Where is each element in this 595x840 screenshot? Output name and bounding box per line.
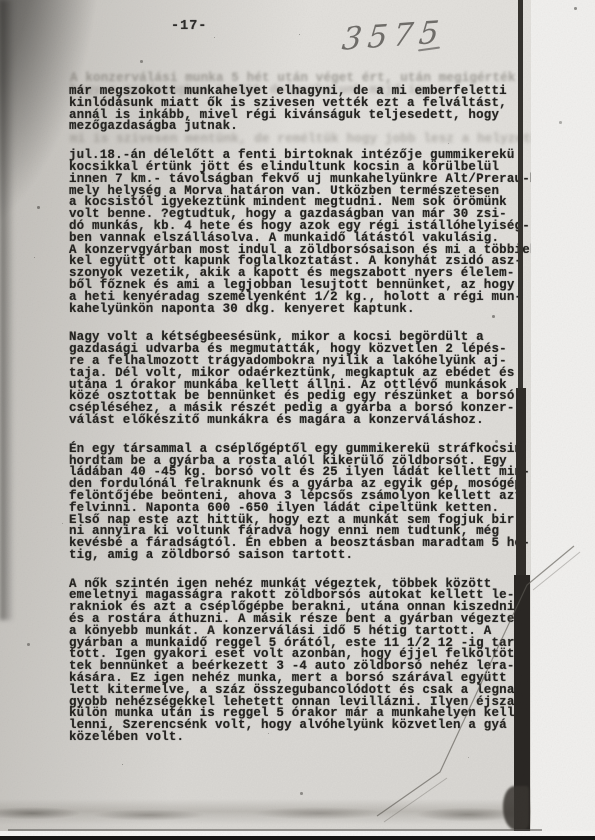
page-binding-edge-blotch xyxy=(503,786,529,830)
scanned-document-page: -17- 3575 A konzerválási munka 5 hét utá… xyxy=(0,0,595,840)
text-line: tig, amig a zöldborsó saison tartott. xyxy=(69,550,549,562)
scan-left-edge-shadow xyxy=(0,0,14,620)
handwritten-number: 3575 xyxy=(340,14,446,58)
paragraph: Nagy volt a kétségbeesésünk, mikor a koc… xyxy=(69,332,549,426)
text-line: kahelyünkön naponta 30 dkg. kenyeret kap… xyxy=(69,304,549,316)
scanner-right-margin xyxy=(531,0,595,840)
bottom-smudge-band xyxy=(0,799,532,825)
paragraph: Én egy társammal a cséplőgéptől egy gumm… xyxy=(69,444,549,562)
text-line: közelében volt. xyxy=(69,732,549,744)
paragraph: jul.18.-án délelőtt a fenti birtoknak in… xyxy=(69,150,549,315)
scan-noise-specks xyxy=(0,0,1,1)
paragraph: A nők szintén igen nehéz munkát végeztek… xyxy=(69,579,549,744)
page-number: -17- xyxy=(171,19,207,34)
paragraph: már megszokott munkahelyet elhagyni, de … xyxy=(69,86,549,133)
scanner-bottom-bar xyxy=(0,836,595,840)
text-line: válást előkészitő munkákra és magára a k… xyxy=(69,415,549,427)
typed-paragraphs: már megszokott munkahelyet elhagyni, de … xyxy=(69,86,549,761)
text-line: mezőgazdaságba jutnak. xyxy=(69,121,549,133)
